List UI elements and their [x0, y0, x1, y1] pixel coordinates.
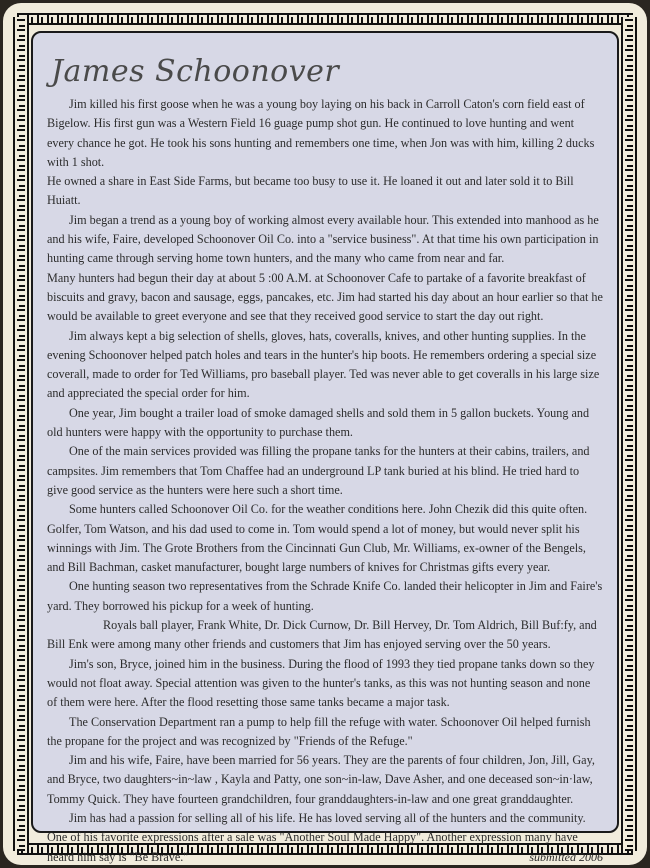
content-panel: James Schoonover Jim killed his first go…: [31, 31, 619, 833]
paragraph: Jim began a trend as a young boy of work…: [47, 211, 603, 269]
greek-key-border-left: [13, 17, 29, 851]
article-body: Jim killed his first goose when he was a…: [47, 95, 603, 867]
paragraph: Jim always kept a big selection of shell…: [47, 327, 603, 404]
paragraph: He owned a share in East Side Farms, but…: [47, 172, 603, 211]
paragraph: Royals ball player, Frank White, Dr. Dic…: [47, 616, 603, 655]
paragraph: Jim has had a passion for selling all of…: [47, 809, 603, 867]
greek-key-border-right: [621, 17, 637, 851]
paragraph: Some hunters called Schoonover Oil Co. f…: [47, 500, 603, 577]
paragraph: One year, Jim bought a trailer load of s…: [47, 404, 603, 443]
page-title: James Schoonover: [51, 51, 603, 93]
paragraph: Jim's son, Bryce, joined him in the busi…: [47, 655, 603, 713]
paragraph: Jim killed his first goose when he was a…: [47, 95, 603, 172]
paragraph-text: Jim has had a passion for selling all of…: [47, 811, 586, 864]
paragraph: One of the main services provided was fi…: [47, 442, 603, 500]
signoff: submitted 2006: [507, 848, 603, 867]
paragraph: The Conservation Department ran a pump t…: [47, 713, 603, 752]
paragraph: One hunting season two representatives f…: [47, 577, 603, 616]
paragraph: Jim and his wife, Faire, have been marri…: [47, 751, 603, 809]
greek-key-border-top: [17, 13, 633, 25]
paragraph: Many hunters had begun their day at abou…: [47, 269, 603, 327]
